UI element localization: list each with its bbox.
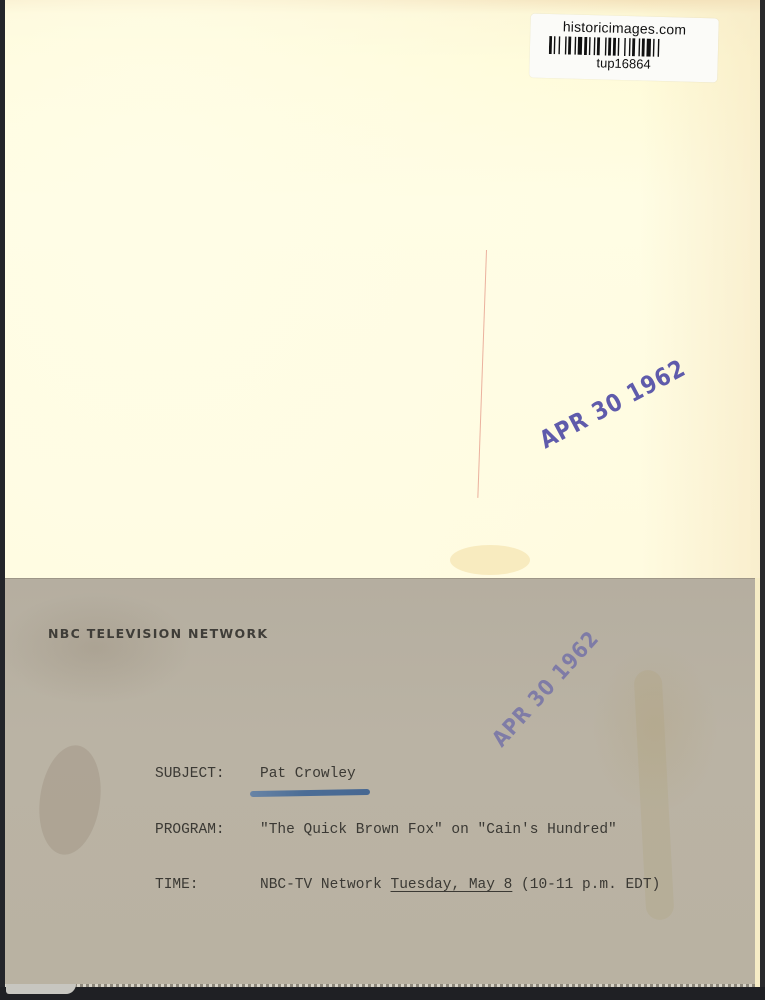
network-heading: NBC TELEVISION NETWORK <box>48 626 268 641</box>
subject-label: SUBJECT: <box>155 766 260 782</box>
caption-row-program: PROGRAM:"The Quick Brown Fox" on "Cain's… <box>155 822 617 838</box>
barcode-sticker: historicimages.com tup16864 <box>529 14 719 83</box>
program-label: PROGRAM: <box>155 822 260 838</box>
time-value-suffix: (10-11 p.m. EDT) <box>512 877 660 893</box>
caption-row-subject: SUBJECT:Pat Crowley <box>155 766 356 782</box>
subject-value: Pat Crowley <box>260 766 356 782</box>
time-label: TIME: <box>155 877 260 893</box>
scan-right-edge <box>760 0 765 1000</box>
program-value: "The Quick Brown Fox" on "Cain's Hundred… <box>260 822 617 838</box>
scan-bottom-edge <box>0 987 765 1000</box>
paper-tear <box>6 984 76 994</box>
time-value-date: Tuesday, May 8 <box>391 877 513 893</box>
caption-row-time: TIME:NBC-TV Network Tuesday, May 8 (10-1… <box>155 877 660 893</box>
time-value-prefix: NBC-TV Network <box>260 877 391 893</box>
